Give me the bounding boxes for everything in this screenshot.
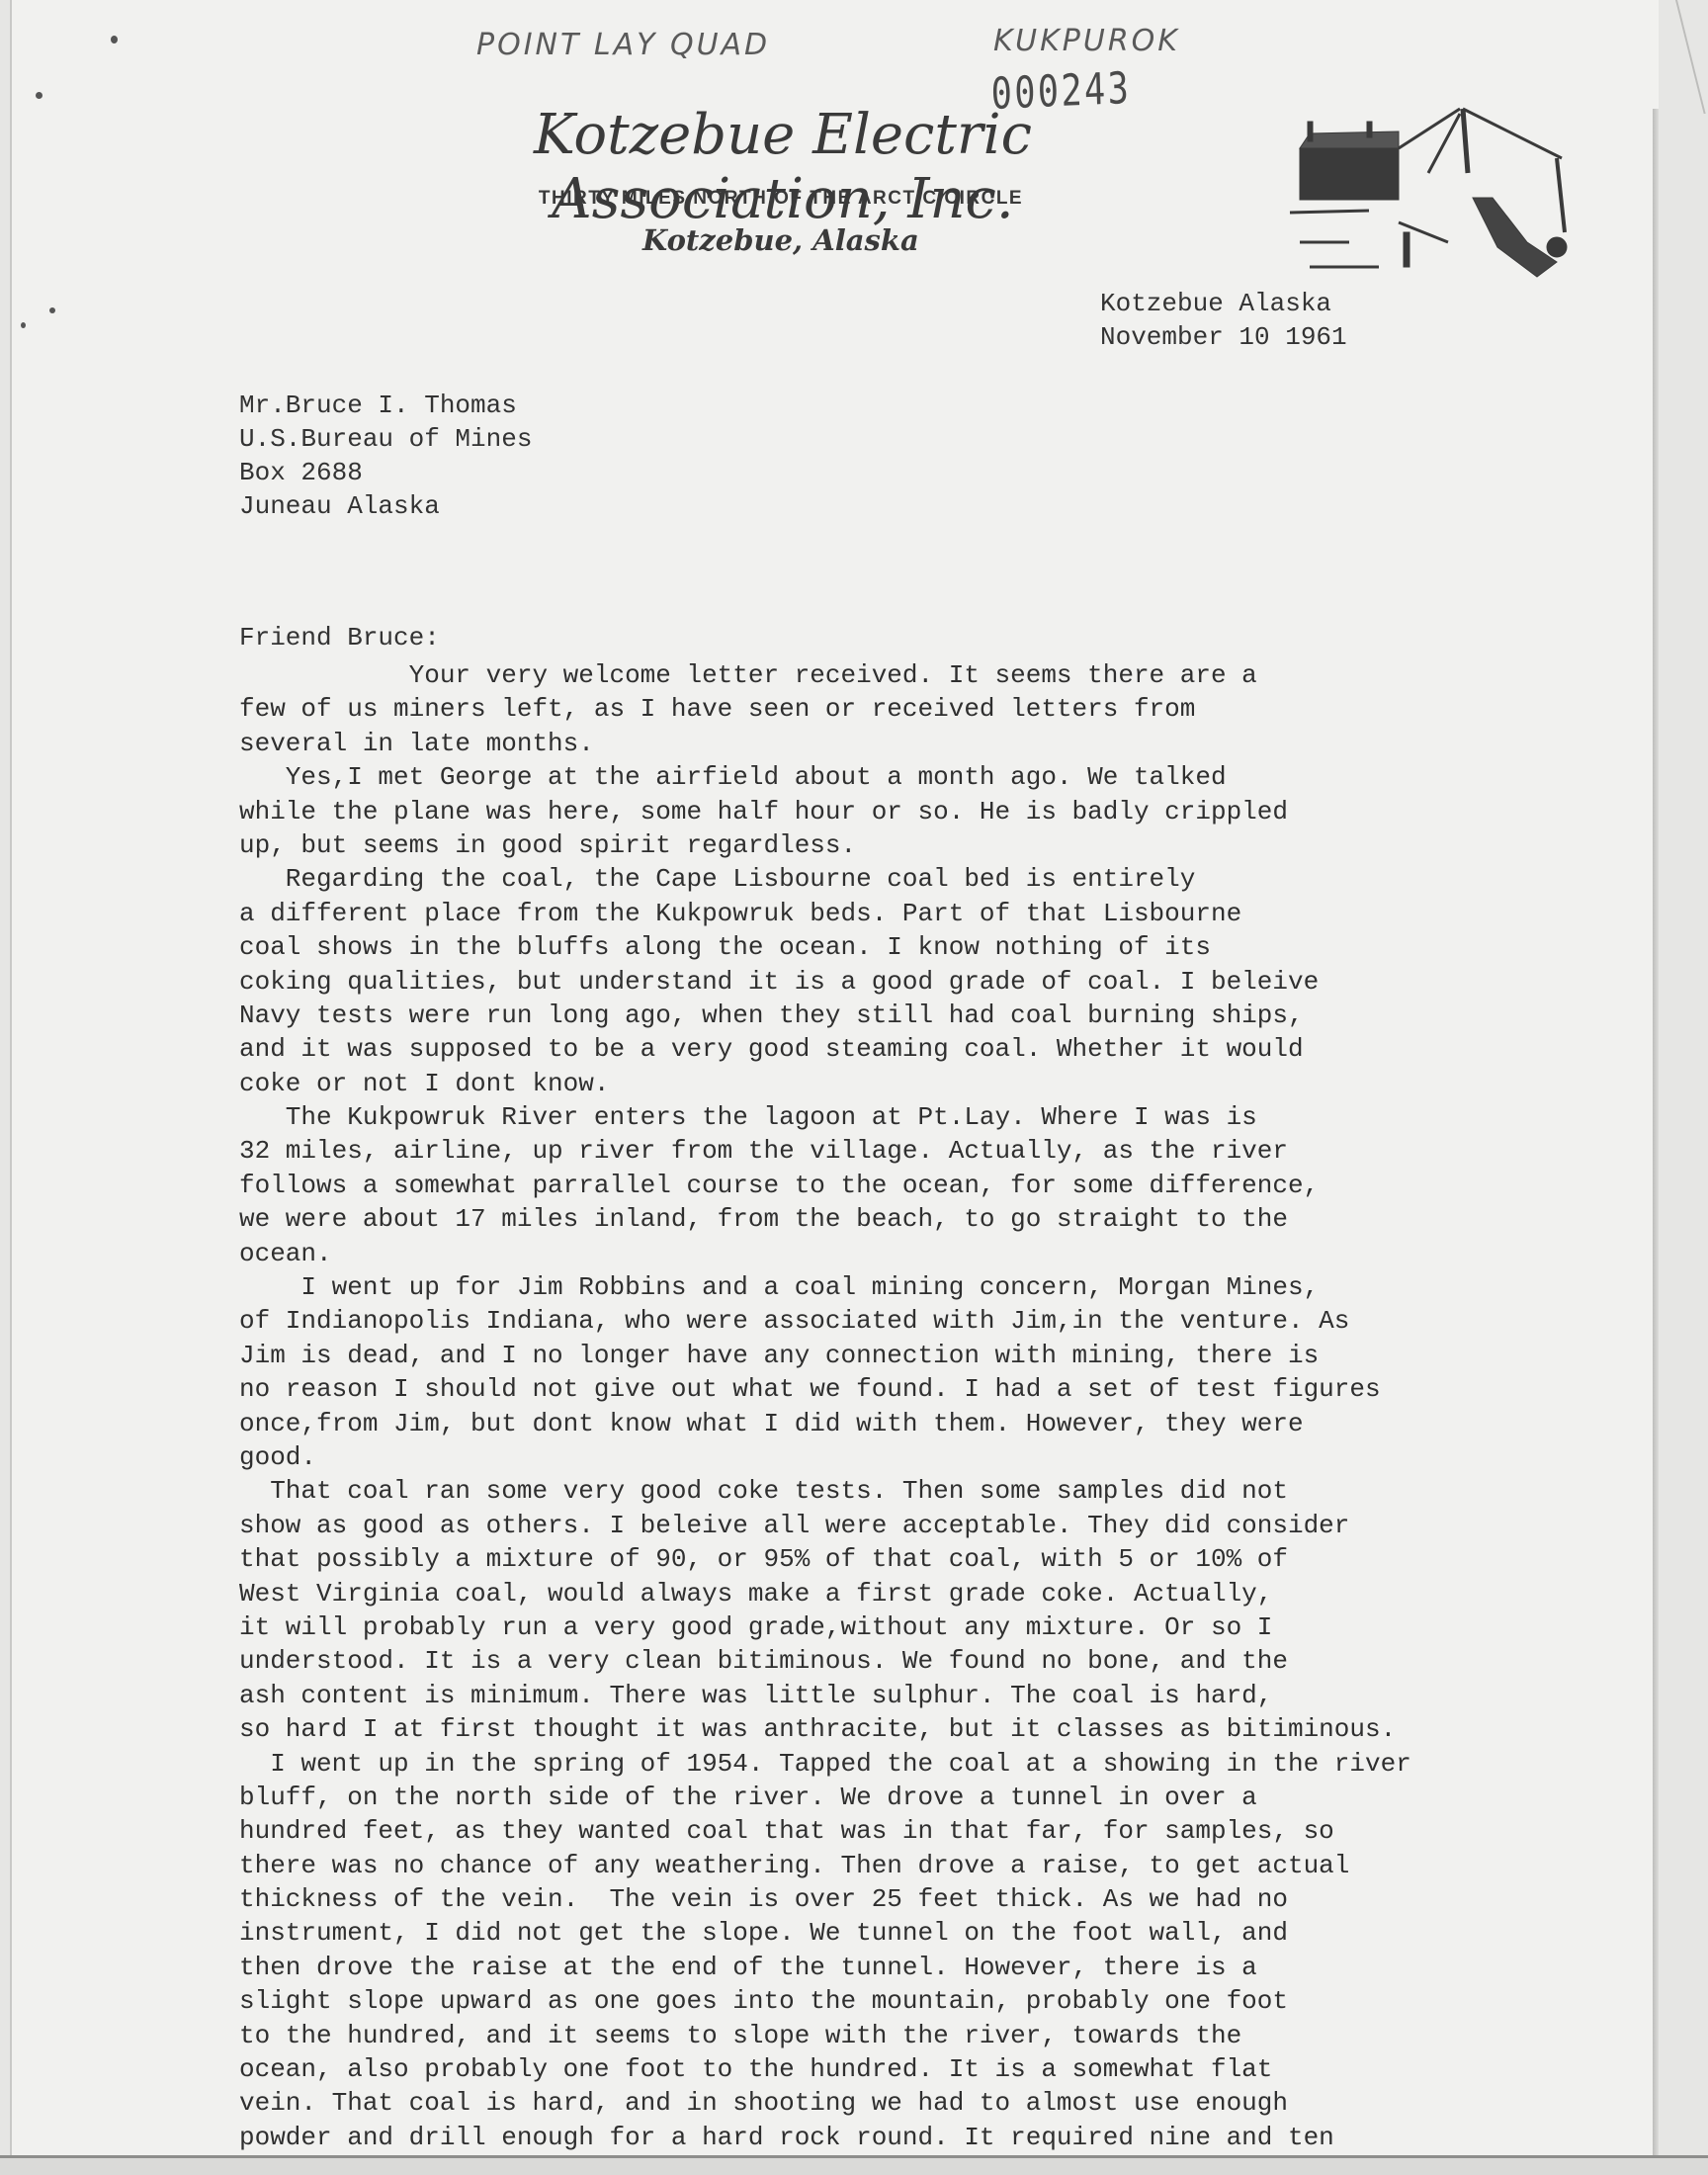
scan-speck (36, 92, 43, 99)
body-line: and it was supposed to be a very good st… (239, 1032, 1554, 1066)
body-line: show as good as others. I beleive all we… (239, 1509, 1554, 1542)
address-line: Juneau Alaska (239, 489, 532, 523)
arctic-village-scene-icon (1280, 104, 1577, 282)
address-line: U.S.Bureau of Mines (239, 422, 532, 456)
body-line: coal shows in the bluffs along the ocean… (239, 930, 1554, 964)
body-line: understood. It is a very clean bitiminou… (239, 1644, 1554, 1678)
body-line: thickness of the vein. The vein is over … (239, 1882, 1554, 1916)
body-line: so hard I at first thought it was anthra… (239, 1712, 1554, 1746)
body-line: coking qualities, but understand it is a… (239, 965, 1554, 999)
body-line: hundred feet, as they wanted coal that w… (239, 1814, 1554, 1848)
body-line: Yes,I met George at the airfield about a… (239, 760, 1554, 794)
body-line: I went up in the spring of 1954. Tapped … (239, 1747, 1554, 1781)
body-line: a different place from the Kukpowruk bed… (239, 897, 1554, 930)
body-line: vein. That coal is hard, and in shooting… (239, 2086, 1554, 2120)
body-line: then drove the raise at the end of the t… (239, 1951, 1554, 1984)
body-line: bluff, on the north side of the river. W… (239, 1781, 1554, 1814)
body-line: The Kukpowruk River enters the lagoon at… (239, 1100, 1554, 1134)
recipient-address: Mr.Bruce I. Thomas U.S.Bureau of Mines B… (239, 389, 532, 523)
body-line: that possibly a mixture of 90, or 95% of… (239, 1542, 1554, 1576)
letterhead-tagline: THIRTY MILES NORTH OF THE ARCTIC CIRCLE (484, 188, 1077, 210)
body-line: ash content is minimum. There was little… (239, 1679, 1554, 1712)
body-line: Jim is dead, and I no longer have any co… (239, 1339, 1554, 1372)
dateline-date: November 10 1961 (1100, 320, 1347, 354)
body-line: coke or not I dont know. (239, 1067, 1554, 1100)
body-line: ocean, also probably one foot to the hun… (239, 2052, 1554, 2086)
body-line: we were about 17 miles inland, from the … (239, 1202, 1554, 1236)
address-line: Mr.Bruce I. Thomas (239, 389, 532, 422)
scan-speck (111, 36, 118, 43)
body-line: good. (239, 1440, 1554, 1474)
body-line: slight slope upward as one goes into the… (239, 1984, 1554, 2018)
scan-speck (21, 322, 26, 328)
body-line: Your very welcome letter received. It se… (239, 658, 1554, 692)
body-line: once,from Jim, but dont know what I did … (239, 1407, 1554, 1440)
body-line: West Virginia coal, would always make a … (239, 1577, 1554, 1610)
body-line: ocean. (239, 1237, 1554, 1270)
handwritten-note-kukpurok: KUKPUROK (993, 24, 1180, 58)
letterhead-company-name: Kotzebue Electric Association, Inc. (368, 103, 1198, 231)
salutation: Friend Bruce: (239, 623, 440, 652)
page-bottom-edge (0, 2155, 1708, 2175)
body-line: it will probably run a very good grade,w… (239, 1610, 1554, 1644)
letter-body: Your very welcome letter received. It se… (239, 658, 1554, 2154)
body-line: few of us miners left, as I have seen or… (239, 692, 1554, 726)
page-right-edge (1653, 109, 1659, 2175)
scan-speck (49, 307, 55, 313)
body-line: I went up for Jim Robbins and a coal min… (239, 1270, 1554, 1304)
body-line: Regarding the coal, the Cape Lisbourne c… (239, 862, 1554, 896)
body-line: up, but seems in good spirit regardless. (239, 828, 1554, 862)
body-line: That coal ran some very good coke tests.… (239, 1474, 1554, 1508)
body-line: several in late months. (239, 727, 1554, 760)
body-line: to the hundred, and it seems to slope wi… (239, 2019, 1554, 2052)
body-line: no reason I should not give out what we … (239, 1372, 1554, 1406)
body-line: while the plane was here, some half hour… (239, 795, 1554, 828)
body-line: follows a somewhat parrallel course to t… (239, 1169, 1554, 1202)
body-line: there was no chance of any weathering. T… (239, 1849, 1554, 1882)
body-line: of Indianopolis Indiana, who were associ… (239, 1304, 1554, 1338)
address-line: Box 2688 (239, 456, 532, 489)
body-line: instrument, I did not get the slope. We … (239, 1916, 1554, 1950)
body-line: 32 miles, airline, up river from the vil… (239, 1134, 1554, 1168)
dateline: Kotzebue Alaska November 10 1961 (1100, 287, 1347, 354)
dateline-place: Kotzebue Alaska (1100, 287, 1347, 320)
body-line: Navy tests were run long ago, when they … (239, 999, 1554, 1032)
letterhead-location: Kotzebue, Alaska (642, 223, 919, 257)
body-line: powder and drill enough for a hard rock … (239, 2121, 1554, 2154)
handwritten-note-quad: POINT LAY QUAD (476, 28, 770, 62)
